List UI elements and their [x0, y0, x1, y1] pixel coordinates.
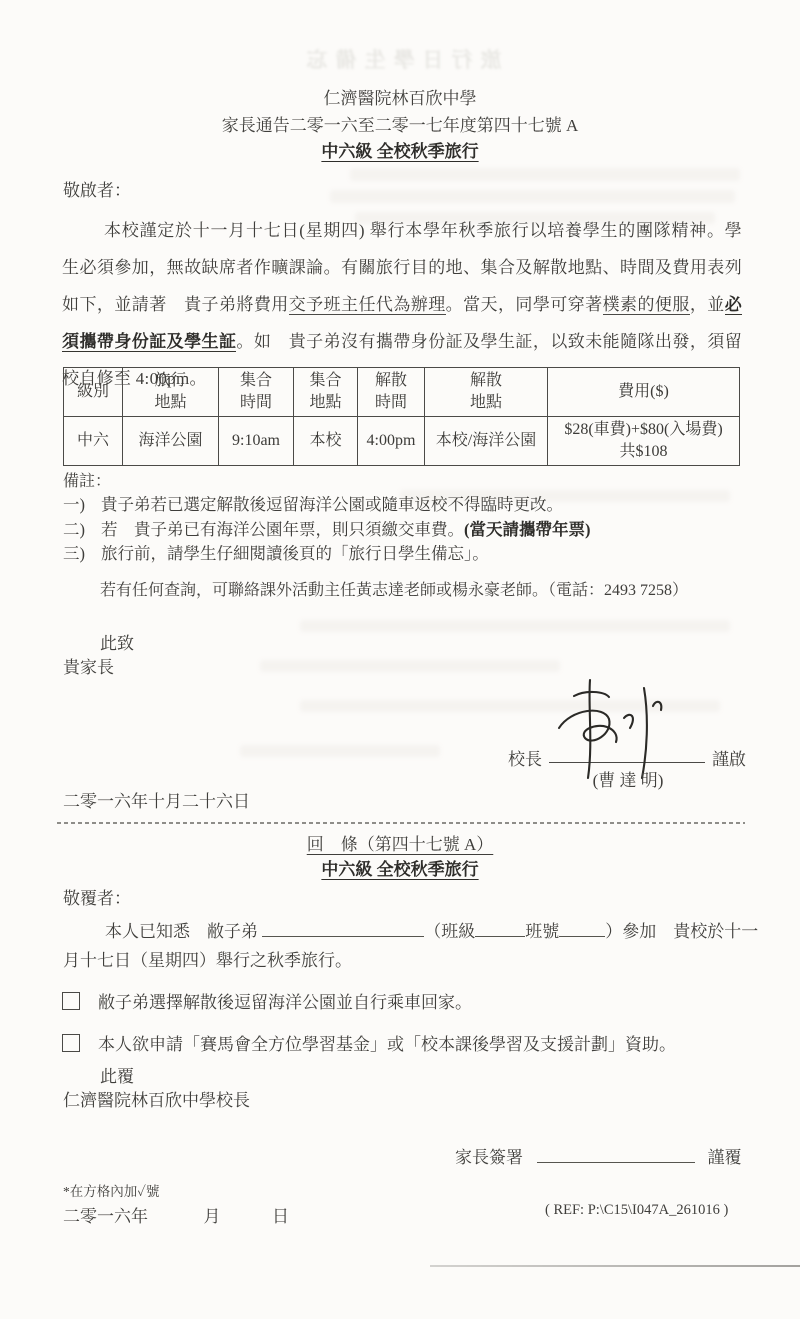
- checkbox-fund-label: 本人欲申請「賽馬會全方位學習基金」或「校本課後學習及支援計劃」資助。: [98, 1035, 676, 1054]
- reply-date-month: 月: [204, 1207, 221, 1226]
- checkbox-fund-option: 本人欲申請「賽馬會全方位學習基金」或「校本課後學習及支援計劃」資助。: [62, 1030, 676, 1055]
- col-header-dismissal-time: 解散 時間: [358, 368, 425, 417]
- closing-parents: 貴家長: [63, 653, 114, 678]
- checkbox-icon: [62, 1034, 80, 1052]
- notes-label: 備註：: [63, 470, 743, 493]
- note-text: 旅行前，請學生仔細閱讀後頁的「旅行日學生備忘」。: [101, 542, 489, 567]
- table-header-row: 級別 旅行 地點 集合 時間 集合 地點 解散 時間 解散 地點 費用($): [64, 368, 740, 417]
- tick-footnote: *在方格內加✓號: [63, 1180, 159, 1200]
- reply-date-day: 日: [272, 1207, 289, 1226]
- col-header-assembly-place: 集合 地點: [294, 368, 358, 417]
- school-name: 仁濟醫院林百欣中學: [0, 84, 800, 109]
- salutation: 敬啟者：: [63, 176, 131, 201]
- col-header-fee: 費用($): [548, 368, 740, 417]
- checkbox-icon: [62, 992, 80, 1010]
- paragraph-underlined-payment: 交予班主任代為辦理: [289, 295, 446, 315]
- bleedthrough-smudge: [330, 190, 735, 203]
- col-header-destination: 旅行 地點: [123, 368, 219, 417]
- note-item: 二) 若 貴子弟已有海洋公園年票，則只須繳交車費。(當天請攜帶年票): [63, 518, 743, 543]
- bleedthrough-smudge: [240, 745, 440, 757]
- file-reference: ( REF: P:\C15\I047A_261016 ): [545, 1202, 728, 1219]
- parent-signature-respect: 謹覆: [708, 1148, 742, 1167]
- notice-number-line: 家長通告二零一六至二零一七年度第四十七號 A: [0, 111, 800, 136]
- paragraph-text: ，並: [690, 295, 725, 314]
- principal-label: 校長: [508, 745, 542, 770]
- scan-artifact-line: [430, 1265, 800, 1267]
- bleedthrough-back-title: 旅行日學生備忘: [0, 44, 800, 74]
- note-text: 若 貴子弟已有海洋公園年票，則只須繳交車費。(當天請攜帶年票): [101, 518, 591, 543]
- col-header-dismissal-place: 解散 地點: [425, 368, 548, 417]
- reply-date-year: 二零一六年: [63, 1207, 148, 1226]
- parent-signature-blank: [537, 1148, 695, 1163]
- reply-salutation: 敬覆者：: [63, 884, 131, 909]
- col-header-class: 級別: [64, 368, 123, 417]
- paragraph-underlined-dress: 樸素的便服: [603, 295, 690, 315]
- note-text-bold: (當天請攜帶年票): [464, 520, 591, 539]
- reply-acknowledge-line: 本人已知悉 敝子弟 （班級班號）參加 貴校於十一: [63, 917, 753, 942]
- inquiry-line: 若有任何查詢，可聯絡課外活動主任黃志達老師或楊永豪老師。（電話：2493 725…: [100, 577, 688, 600]
- cell-class: 中六: [64, 417, 123, 466]
- checkbox-stay-label: 敝子弟選擇解散後逗留海洋公園並自行乘車回家。: [98, 993, 472, 1012]
- cut-dashed-line: [57, 822, 745, 824]
- paragraph-text: 。當天，同學可穿著: [446, 295, 603, 314]
- table-data-row: 中六 海洋公園 9:10am 本校 4:00pm 本校/海洋公園 $28(車費)…: [64, 417, 740, 466]
- reply-line1-c: 班號: [525, 922, 559, 941]
- reply-closing-principal: 仁濟醫院林百欣中學校長: [63, 1086, 250, 1111]
- note-number: 三): [63, 542, 101, 567]
- class-blank: [475, 922, 525, 937]
- cell-fee: $28(車費)+$80(入場費) 共$108: [548, 417, 740, 466]
- bleedthrough-smudge: [350, 168, 740, 181]
- principal-name: (曹 達 明): [558, 766, 698, 791]
- parent-signature-row: 家長簽署 謹覆: [455, 1143, 742, 1168]
- notice-title: 中六級 全校秋季旅行: [0, 137, 800, 162]
- parent-signature-label: 家長簽署: [455, 1148, 523, 1167]
- note-item: 一) 貴子弟若已選定解散後逗留海洋公園或隨車返校不得臨時更改。: [63, 493, 743, 518]
- principal-respect: 謹啟: [712, 745, 746, 770]
- col-header-assembly-time: 集合 時間: [219, 368, 294, 417]
- student-name-blank: [262, 922, 424, 937]
- reply-line1-b: （班級: [424, 922, 475, 941]
- issue-date: 二零一六年十月二十六日: [63, 787, 250, 812]
- note-number: 一): [63, 493, 101, 518]
- bleedthrough-smudge: [260, 660, 560, 672]
- trip-details-table: 級別 旅行 地點 集合 時間 集合 地點 解散 時間 解散 地點 費用($) 中…: [63, 367, 740, 466]
- scanned-notice-page: 旅行日學生備忘 仁濟醫院林百欣中學 家長通告二零一六至二零一七年度第四十七號 A…: [0, 0, 800, 1319]
- reply-line1-d: ）參加 貴校於十一: [605, 922, 758, 941]
- note-item: 三) 旅行前，請學生仔細閱讀後頁的「旅行日學生備忘」。: [63, 542, 743, 567]
- principal-signature-handwriting: [552, 676, 674, 780]
- note-text: 貴子弟若已選定解散後逗留海洋公園或隨車返校不得臨時更改。: [101, 493, 563, 518]
- checkbox-stay-option: 敝子弟選擇解散後逗留海洋公園並自行乘車回家。: [62, 988, 472, 1013]
- reply-acknowledge-line2: 月十七日（星期四）舉行之秋季旅行。: [63, 946, 352, 971]
- closing-cizhi: 此致: [100, 629, 134, 654]
- cell-dismissal-time: 4:00pm: [358, 417, 425, 466]
- reply-line1-a: 本人已知悉 敝子弟: [105, 922, 258, 941]
- note-text-normal: 若 貴子弟已有海洋公園年票，則只須繳交車費。: [101, 520, 464, 539]
- note-number: 二): [63, 518, 101, 543]
- cell-destination: 海洋公園: [123, 417, 219, 466]
- reply-date-row: 二零一六年 月 日: [63, 1202, 289, 1227]
- reply-closing-cifu: 此覆: [100, 1062, 134, 1087]
- cell-dismissal-place: 本校/海洋公園: [425, 417, 548, 466]
- cell-assembly-place: 本校: [294, 417, 358, 466]
- class-number-blank: [559, 922, 605, 937]
- cell-assembly-time: 9:10am: [219, 417, 294, 466]
- bleedthrough-smudge: [300, 620, 730, 632]
- reply-slip-title: 回 條（第四十七號 A）: [0, 830, 800, 855]
- reply-slip-subtitle: 中六級 全校秋季旅行: [0, 855, 800, 880]
